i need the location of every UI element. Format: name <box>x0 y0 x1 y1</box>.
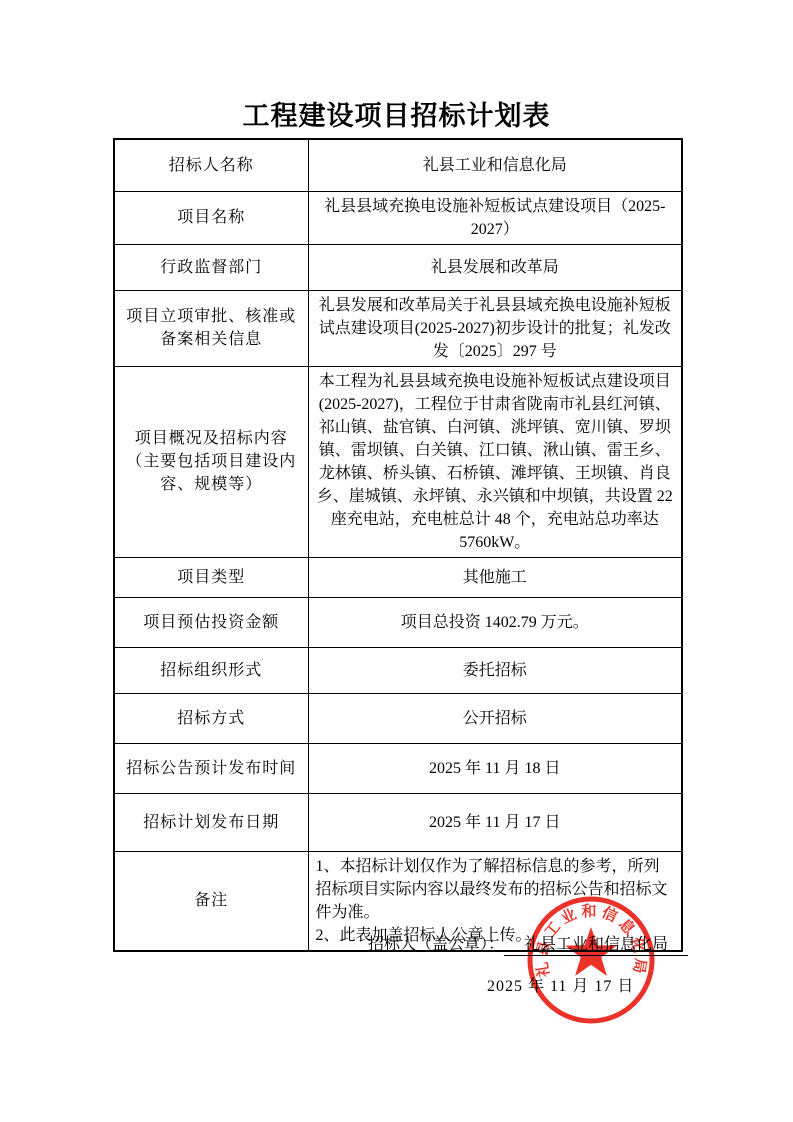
row-label-remarks: 备注 <box>114 851 308 951</box>
row-value-approval-info: 礼县发展和改革局关于礼县县域充换电设施补短板试点建设项目(2025-2027)初… <box>308 290 682 366</box>
row-label-organization-form: 招标组织形式 <box>114 647 308 693</box>
document-page: 工程建设项目招标计划表 招标人名称 礼县工业和信息化局 项目名称 礼县县域充换电… <box>0 0 793 1122</box>
table-row: 项目立项审批、核准或备案相关信息 礼县发展和改革局关于礼县县域充换电设施补短板试… <box>114 290 682 366</box>
row-label-project-type: 项目类型 <box>114 557 308 597</box>
table-row: 项目概况及招标内容（主要包括项目建设内容、规模等） 本工程为礼县县域充换电设施补… <box>114 366 682 557</box>
signature-line: 招标人（盖公章）：礼县工业和信息化局 <box>368 931 688 956</box>
row-label-project-overview: 项目概况及招标内容（主要包括项目建设内容、规模等） <box>114 366 308 557</box>
row-label-plan-publish-date: 招标计划发布日期 <box>114 793 308 851</box>
signature-name: 礼县工业和信息化局 <box>504 931 688 956</box>
table-row: 招标计划发布日期 2025 年 11 月 17 日 <box>114 793 682 851</box>
table-row: 项目名称 礼县县域充换电设施补短板试点建设项目（2025-2027） <box>114 191 682 244</box>
signature-label: 招标人（盖公章）： <box>368 936 504 953</box>
table-row: 项目类型 其他施工 <box>114 557 682 597</box>
row-label-tenderer-name: 招标人名称 <box>114 139 308 191</box>
table-row: 招标组织形式 委托招标 <box>114 647 682 693</box>
row-value-project-type: 其他施工 <box>308 557 682 597</box>
row-label-estimated-investment: 项目预估投资金额 <box>114 597 308 647</box>
row-value-plan-publish-date: 2025 年 11 月 17 日 <box>308 793 682 851</box>
row-label-announcement-date: 招标公告预计发布时间 <box>114 743 308 793</box>
bid-plan-table-body: 招标人名称 礼县工业和信息化局 项目名称 礼县县域充换电设施补短板试点建设项目（… <box>114 139 682 951</box>
table-row: 行政监督部门 礼县发展和改革局 <box>114 244 682 290</box>
table-row: 招标公告预计发布时间 2025 年 11 月 18 日 <box>114 743 682 793</box>
row-label-bidding-method: 招标方式 <box>114 693 308 743</box>
row-value-organization-form: 委托招标 <box>308 647 682 693</box>
table-row: 招标方式 公开招标 <box>114 693 682 743</box>
row-value-project-name: 礼县县域充换电设施补短板试点建设项目（2025-2027） <box>308 191 682 244</box>
row-value-project-overview: 本工程为礼县县域充换电设施补短板试点建设项目(2025-2027)，工程位于甘肃… <box>308 366 682 557</box>
table-row: 招标人名称 礼县工业和信息化局 <box>114 139 682 191</box>
row-label-supervision-dept: 行政监督部门 <box>114 244 308 290</box>
row-value-announcement-date: 2025 年 11 月 18 日 <box>308 743 682 793</box>
page-title: 工程建设项目招标计划表 <box>0 94 793 133</box>
signature-date: 2025 年 11 月 17 日 <box>487 973 634 996</box>
row-label-project-name: 项目名称 <box>114 191 308 244</box>
bid-plan-table: 招标人名称 礼县工业和信息化局 项目名称 礼县县域充换电设施补短板试点建设项目（… <box>113 138 683 952</box>
row-value-tenderer-name: 礼县工业和信息化局 <box>308 139 682 191</box>
row-label-approval-info: 项目立项审批、核准或备案相关信息 <box>114 290 308 366</box>
table-row: 项目预估投资金额 项目总投资 1402.79 万元。 <box>114 597 682 647</box>
row-value-bidding-method: 公开招标 <box>308 693 682 743</box>
row-value-supervision-dept: 礼县发展和改革局 <box>308 244 682 290</box>
row-value-estimated-investment: 项目总投资 1402.79 万元。 <box>308 597 682 647</box>
